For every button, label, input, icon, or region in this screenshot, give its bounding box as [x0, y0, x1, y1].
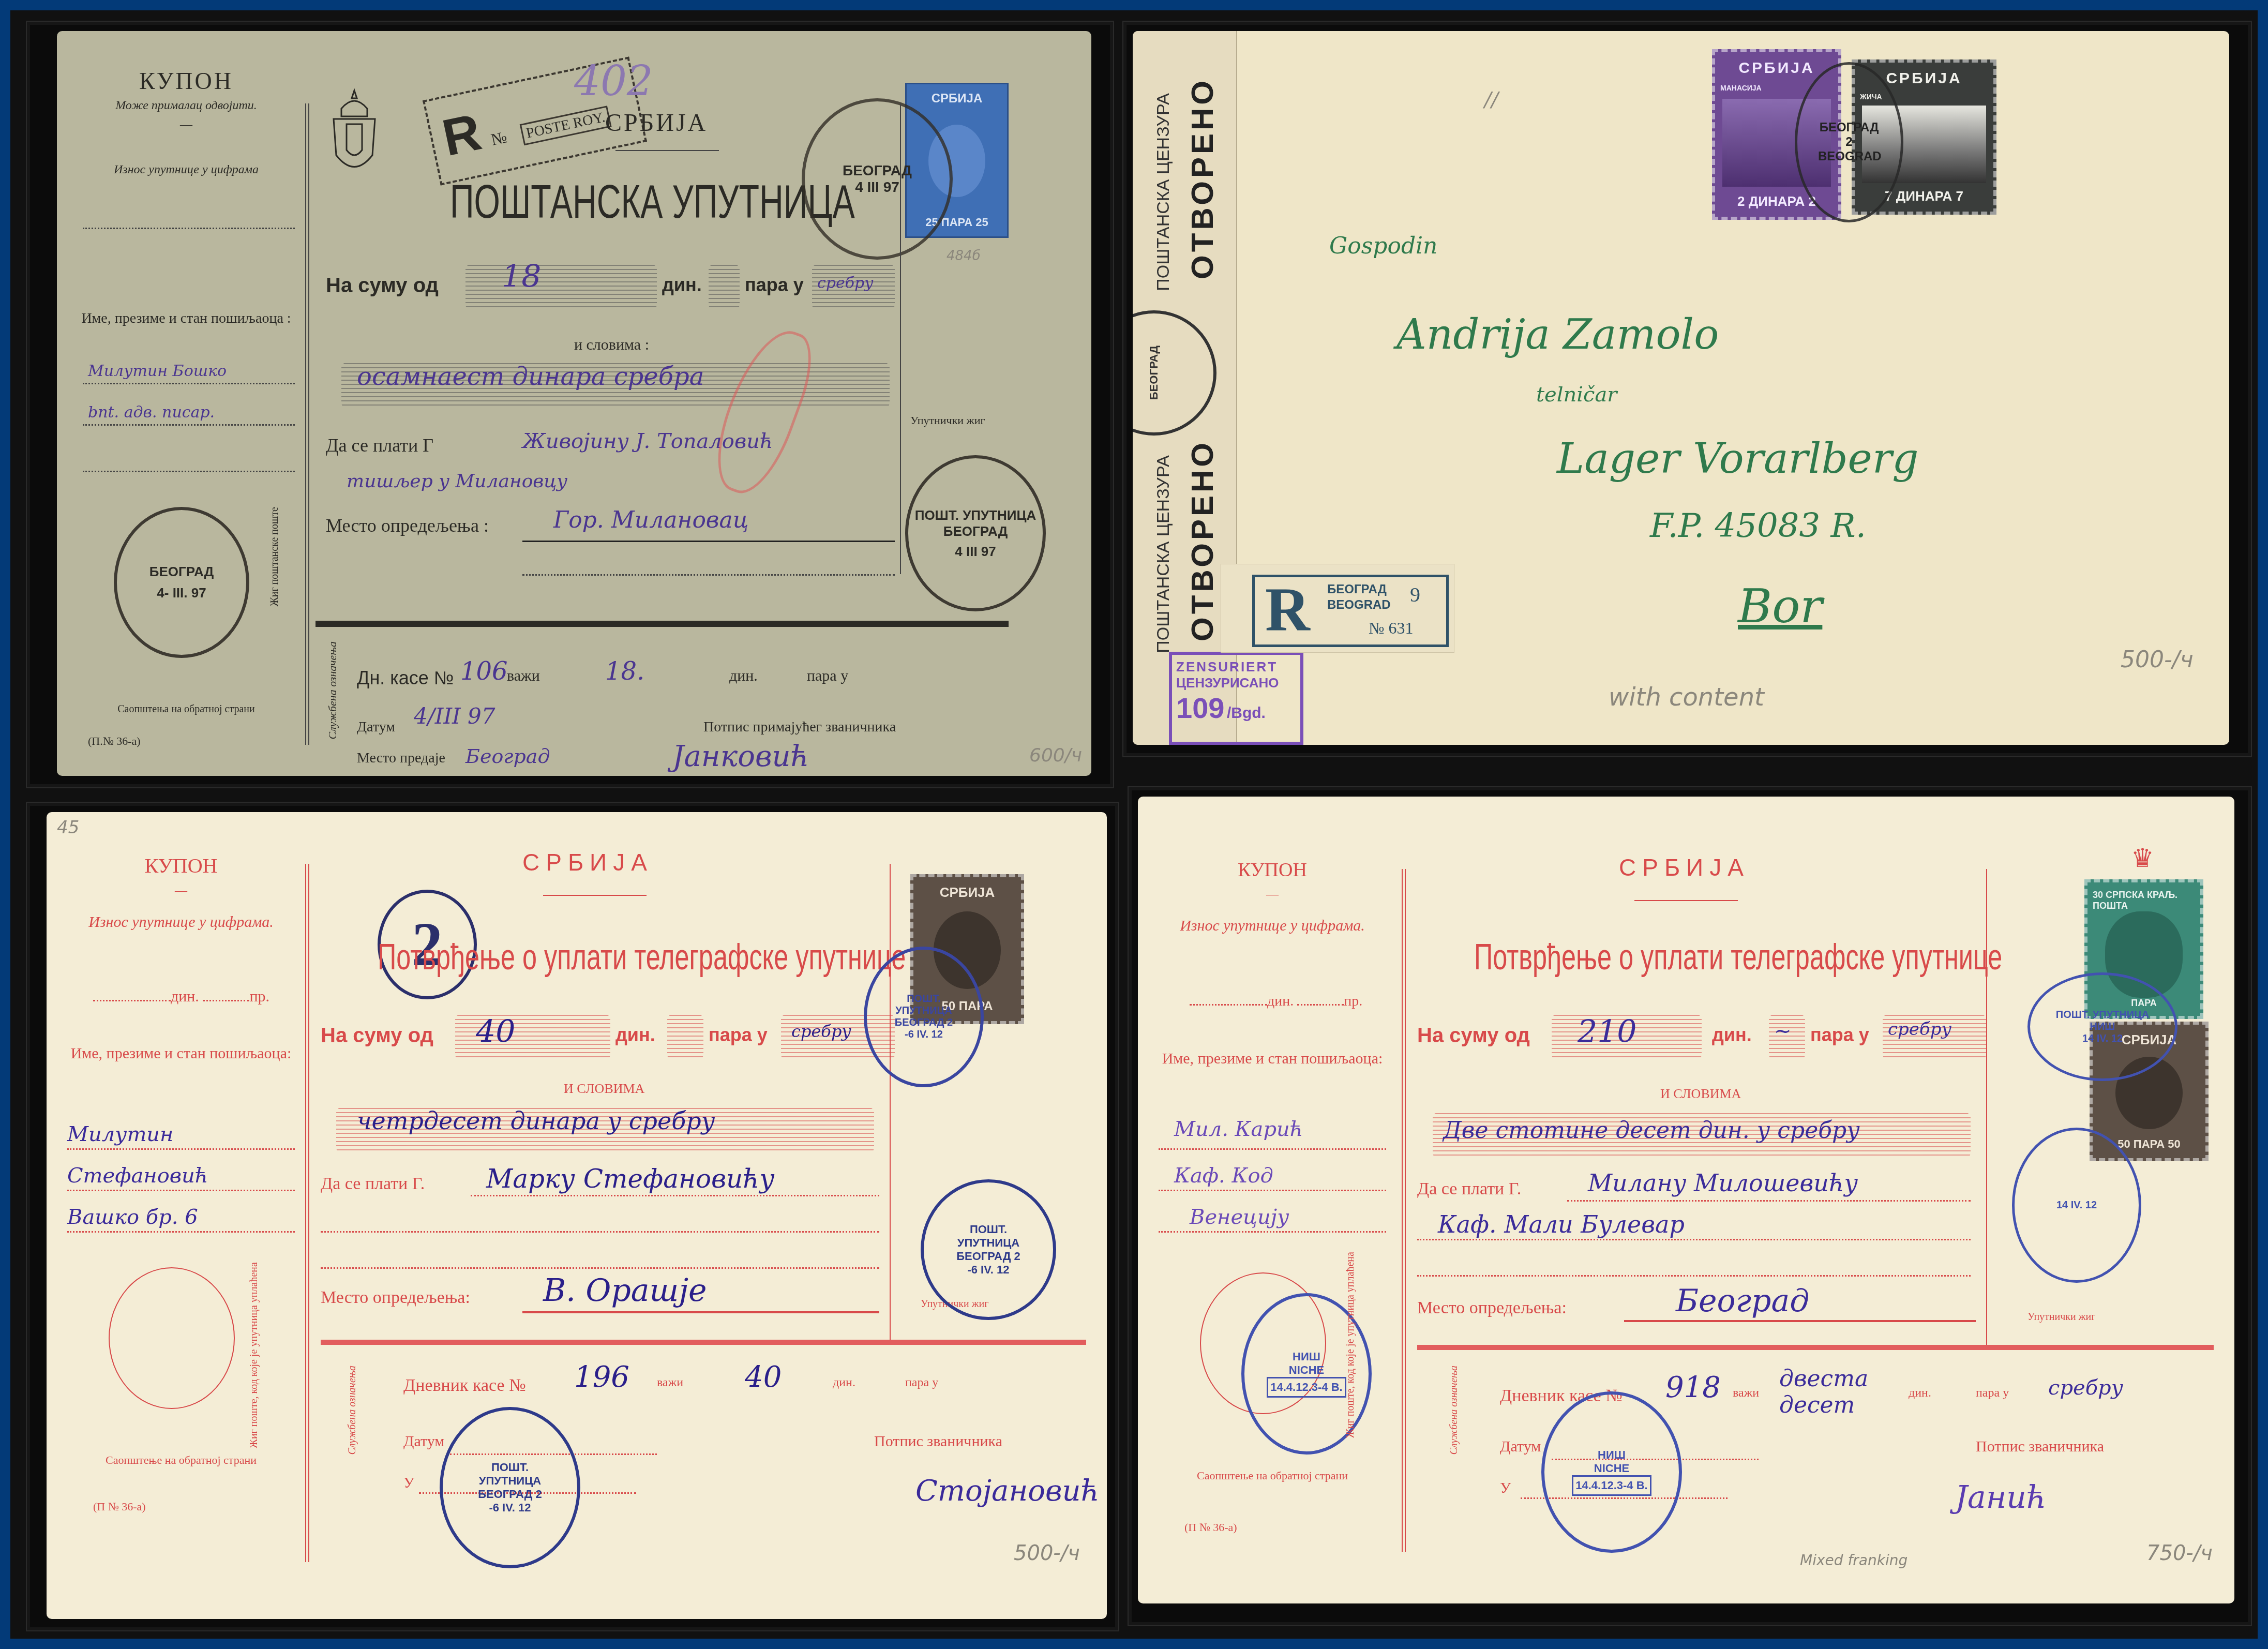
pay-to-value: Марку Стефановићу: [486, 1164, 775, 1194]
stamp-box-label: Упутнички жиг: [2027, 1311, 2095, 1323]
currency-value: сребру: [1888, 1019, 1951, 1040]
cash-label: Дн. касе №: [357, 667, 454, 689]
form-title: Потврђење о уплати телеграфске упутнице: [1474, 936, 2002, 978]
registration-city-lat: BEOGRAD: [1327, 598, 1391, 612]
service-para-label: пара у: [1976, 1386, 2009, 1400]
country-title: СРБИЈА: [1619, 853, 1750, 881]
din-label: дин.: [662, 274, 702, 296]
coupon-side-label: Жиг поштанске поште: [269, 507, 281, 606]
registration-hand-number: 402: [574, 57, 653, 105]
coupon-note: Може прималац одвојити.: [78, 99, 295, 113]
registration-number: 631: [1389, 619, 1414, 637]
pencil-note-price: 500-/ч: [1014, 1541, 1080, 1565]
vazhi-value: 18.: [605, 657, 644, 686]
pencil-note-catalog: 484б: [947, 248, 981, 264]
service-din-label: дин.: [729, 667, 758, 685]
signature-value: Стојановић: [915, 1474, 1100, 1508]
date-value: 4/III 97: [414, 703, 495, 729]
coupon-amount-label: Износ упутнице у цифрама.: [67, 913, 295, 931]
coupon-footer-note: Саопштење на обратној страни: [67, 1453, 295, 1467]
coat-of-arms-icon: [326, 88, 383, 181]
coupon-sender-label: Име, презиме и стан пошиљаоца:: [1159, 1050, 1386, 1068]
destination-label: Место опредељења:: [321, 1288, 470, 1308]
para-label: пара у: [709, 1024, 768, 1046]
amount-value: 18: [502, 259, 541, 295]
destination-value: В. Орашје: [543, 1272, 707, 1309]
date-label: Датум: [403, 1433, 444, 1450]
coupon-sender-label: Име, презиме и стан пошиљаоца :: [78, 310, 295, 327]
pay-to-label: Да се плати Г: [326, 434, 433, 456]
red-crayon-mark: [702, 320, 823, 503]
in-label: У: [1500, 1479, 1511, 1497]
coupon-sender-hand-1: Мил. Карић: [1174, 1117, 1303, 1141]
address-line-2: F.P. 45083 R.: [1650, 507, 1866, 545]
censor-box-109: ZENSURIERT ЦЕНЗУРИСАНО 109 /Bgd.: [1169, 652, 1303, 745]
coupon-sender-hand-3: Венецију: [1190, 1205, 1289, 1229]
country-title: СРБИЈА: [522, 848, 653, 876]
words-value: четрдесет динара у сребру: [357, 1107, 715, 1135]
amount-value: 40: [476, 1014, 515, 1050]
coupon-form-no: (П № 36-а): [93, 1500, 146, 1513]
telegraph-confirmation-2[interactable]: КУПОН — Износ упутнице у цифрама. дин. п…: [1138, 797, 2234, 1603]
pencil-note-franking: Mixed franking: [1800, 1552, 1907, 1569]
destination-value: Гор. Милановац: [553, 507, 748, 533]
coupon-sender-hand-2: bnt. адв. писар.: [88, 403, 215, 422]
coupon-sender-label: Име, презиме и стан пошиљаоца:: [67, 1045, 295, 1062]
place-value: Београд: [465, 745, 550, 768]
coupon-footer-note: Саопштење на обратној страни: [1159, 1469, 1386, 1482]
registration-office: 9: [1410, 582, 1420, 607]
coupon-sender-hand-2: Каф. Код: [1174, 1164, 1273, 1188]
coupon-din-label: дин.: [1267, 993, 1294, 1009]
amount-label: На суму од: [321, 1024, 433, 1047]
coupon-amount-label: Износ упутнице у цифрама: [78, 163, 295, 177]
vazhi-label: важи: [657, 1376, 683, 1390]
postmark-beograd-coupon: БЕОГРАД 4- III. 97: [114, 507, 249, 658]
postmark-posht-uputnica-nish: ПОШТ. УПУТНИЦА НИШ 14 IV. 12: [2027, 972, 2177, 1081]
pay-to-value: Милану Милошевићу: [1588, 1169, 1858, 1197]
vazhi-value: 40: [745, 1360, 782, 1394]
destination-label: Место опредељења:: [1417, 1298, 1567, 1318]
vazhi-label: важи: [507, 667, 540, 685]
service-para-label: пара у: [905, 1376, 938, 1390]
coupon-sender-hand-1: Милутин Бошко: [88, 362, 227, 380]
para-value: сребру: [817, 274, 874, 292]
coupon-sender-hand-2: Стефановић: [67, 1164, 208, 1188]
destination-label: Место опредељења :: [326, 515, 489, 536]
pencil-note-price: 500-/ч: [2121, 647, 2194, 673]
address-occupation: telničar: [1536, 383, 1617, 407]
coupon-sender-hand-3: Вашко бр. 6: [67, 1205, 198, 1229]
date-label: Датум: [1500, 1438, 1541, 1456]
service-para-value: сребру: [2048, 1376, 2123, 1400]
coupon-stamp-circle: [109, 1267, 235, 1409]
postmark-posht-uputnica: ПОШТ. УПУТНИЦА БЕОГРАД 4 III 97: [905, 455, 1046, 611]
postmark-beograd-top: БЕОГРАД 4 III 97: [802, 98, 953, 260]
vazhi-value: двеста десет: [1779, 1366, 1893, 1418]
pay-to-label: Да се плати Г.: [321, 1174, 425, 1194]
address-line-3: Bor: [1738, 579, 1822, 634]
coupon-title: КУПОН: [67, 853, 295, 878]
coupon-footer-note: Саопштења на обратној страни: [78, 703, 295, 715]
destination-value: Београд: [1676, 1283, 1809, 1319]
postmark-beograd-2: БЕОГРАД 2 BEOGRAD: [1795, 62, 1903, 222]
address-name: Andrija Zamolo: [1396, 310, 1719, 358]
para-value: сребру: [791, 1022, 851, 1041]
signature-label: Потпис примајућег званичника: [703, 719, 896, 736]
date-label: Датум: [357, 719, 395, 736]
registration-city-cyr: БЕОГРАД: [1327, 582, 1387, 597]
coupon-form-no: (П № 36-а): [1184, 1521, 1237, 1534]
form-title: Потврђење о уплати телеграфске упутнице: [378, 936, 906, 978]
signature-value: Јанић: [1955, 1479, 2047, 1516]
address-line-1: Lager Vorarlberg: [1557, 434, 1918, 483]
service-side-label: Службена означења: [347, 1366, 358, 1455]
words-label: И СЛОВИМА: [564, 1081, 644, 1097]
postmark-beograd-2-mid: ПОШТ. УПУТНИЦА БЕОГРАД 2 -6 IV. 12: [921, 1179, 1056, 1320]
country-title: СРБИЈА: [605, 109, 708, 137]
words-value: Две стотине десет дин. у сребру: [1443, 1117, 1860, 1144]
journal-value: 918: [1665, 1371, 1721, 1404]
pencil-mark-top: //: [1484, 88, 1498, 112]
censor-seal: БЕОГРАД: [1133, 310, 1216, 436]
registration-label: R БЕОГРАД BEOGRAD 9 № 631: [1221, 564, 1454, 653]
coupon-pr-label: пр.: [1344, 993, 1362, 1009]
pencil-note-lot: 45: [57, 817, 79, 838]
cash-value: 106: [460, 657, 508, 686]
journal-label: Дневник касе №: [403, 1376, 526, 1396]
coupon-din-label: дин.: [171, 988, 199, 1005]
postmark-nish-right: 14 IV. 12: [2012, 1128, 2141, 1283]
postmark-nish-niche: НИШ NICHE 14.4.12.3-4 B.: [1541, 1391, 1682, 1553]
coupon-stamp-label: Жиг поште, код које је упутница уплаћена: [248, 1262, 279, 1448]
amount-label: На суму од: [1417, 1024, 1530, 1047]
service-side-label: Службена означења: [326, 641, 339, 739]
coupon-title: КУПОН: [1159, 859, 1386, 881]
place-label: Место предаје: [357, 750, 445, 767]
coupon-amount-label: Износ упутнице у цифрама.: [1159, 917, 1386, 935]
signature-label: Потпис званичника: [1976, 1438, 2104, 1456]
signature-label: Потпис званичника: [874, 1433, 1002, 1450]
para-value: ~: [1774, 1019, 1792, 1043]
journal-value: 196: [574, 1360, 629, 1394]
crown-ornament-icon: ♛: [2131, 843, 2154, 873]
para-label: пара у: [1810, 1024, 1869, 1046]
coupon-sender-hand-1: Милутин: [67, 1122, 173, 1146]
album-mount: КУПОН Може прималац одвојити. — Износ уп…: [10, 10, 2258, 1639]
amount-label: На суму од: [326, 274, 439, 297]
stamp-box-label: Упутнички жиг: [910, 414, 985, 427]
pay-to-value-2: Каф. Мали Булевар: [1438, 1210, 1685, 1238]
coupon-stamp-label: Жиг поште, код које је упутница уплаћена: [1345, 1252, 1376, 1438]
postmark-beograd-2-top: ПОШТ. УПУТНИЦА БЕОГРАД 2 -6 IV. 12: [864, 947, 984, 1087]
din-label: дин.: [1712, 1024, 1752, 1046]
pencil-note-price: 750-/ч: [2146, 1541, 2213, 1565]
form-title: ПОШТАНСКА УПУТНИЦА: [450, 176, 855, 229]
coupon-form-no: (П.№ 36-а): [88, 734, 141, 748]
para-label: пара у: [745, 274, 804, 296]
words-label: И СЛОВИМА: [1660, 1086, 1741, 1102]
telegraph-confirmation-1[interactable]: 45 КУПОН — Износ упутнице у цифрама. дин…: [47, 812, 1107, 1619]
service-side-label: Службена означења: [1448, 1366, 1460, 1455]
address-salutation: Gospodin: [1329, 233, 1437, 259]
words-label: и словима :: [574, 336, 649, 354]
pencil-note-content: with content: [1609, 683, 1764, 712]
coupon-title: КУПОН: [78, 67, 295, 95]
coupon-pr-label: пр.: [249, 988, 269, 1005]
service-para-label: пара у: [807, 667, 848, 685]
words-value: осамнаест динара сребра: [357, 362, 704, 391]
service-din-label: дин.: [833, 1376, 855, 1390]
postmark-beograd-2-bottom: ПОШТ. УПУТНИЦА БЕОГРАД 2 -6 IV. 12: [440, 1407, 580, 1568]
service-din-label: дин.: [1909, 1386, 1931, 1400]
registration-letter: R: [1265, 574, 1310, 646]
censored-cover[interactable]: ПОШТАНСКА ЦЕНЗУРА ОТВОРЕНО БЕОГРАД ПОШТА…: [1133, 31, 2229, 745]
pay-to-label: Да се плати Г.: [1417, 1179, 1521, 1199]
amount-value: 210: [1578, 1014, 1637, 1050]
signature-value: Јанковић: [672, 740, 809, 773]
vazhi-label: важи: [1733, 1386, 1759, 1400]
in-label: У: [403, 1474, 414, 1492]
money-order-1897[interactable]: КУПОН Може прималац одвојити. — Износ уп…: [57, 31, 1091, 776]
pencil-note-price: 600/ч: [1029, 745, 1082, 766]
pay-to-value-2: тишљер у Милановцу: [347, 471, 567, 492]
din-label: дин.: [615, 1024, 655, 1046]
